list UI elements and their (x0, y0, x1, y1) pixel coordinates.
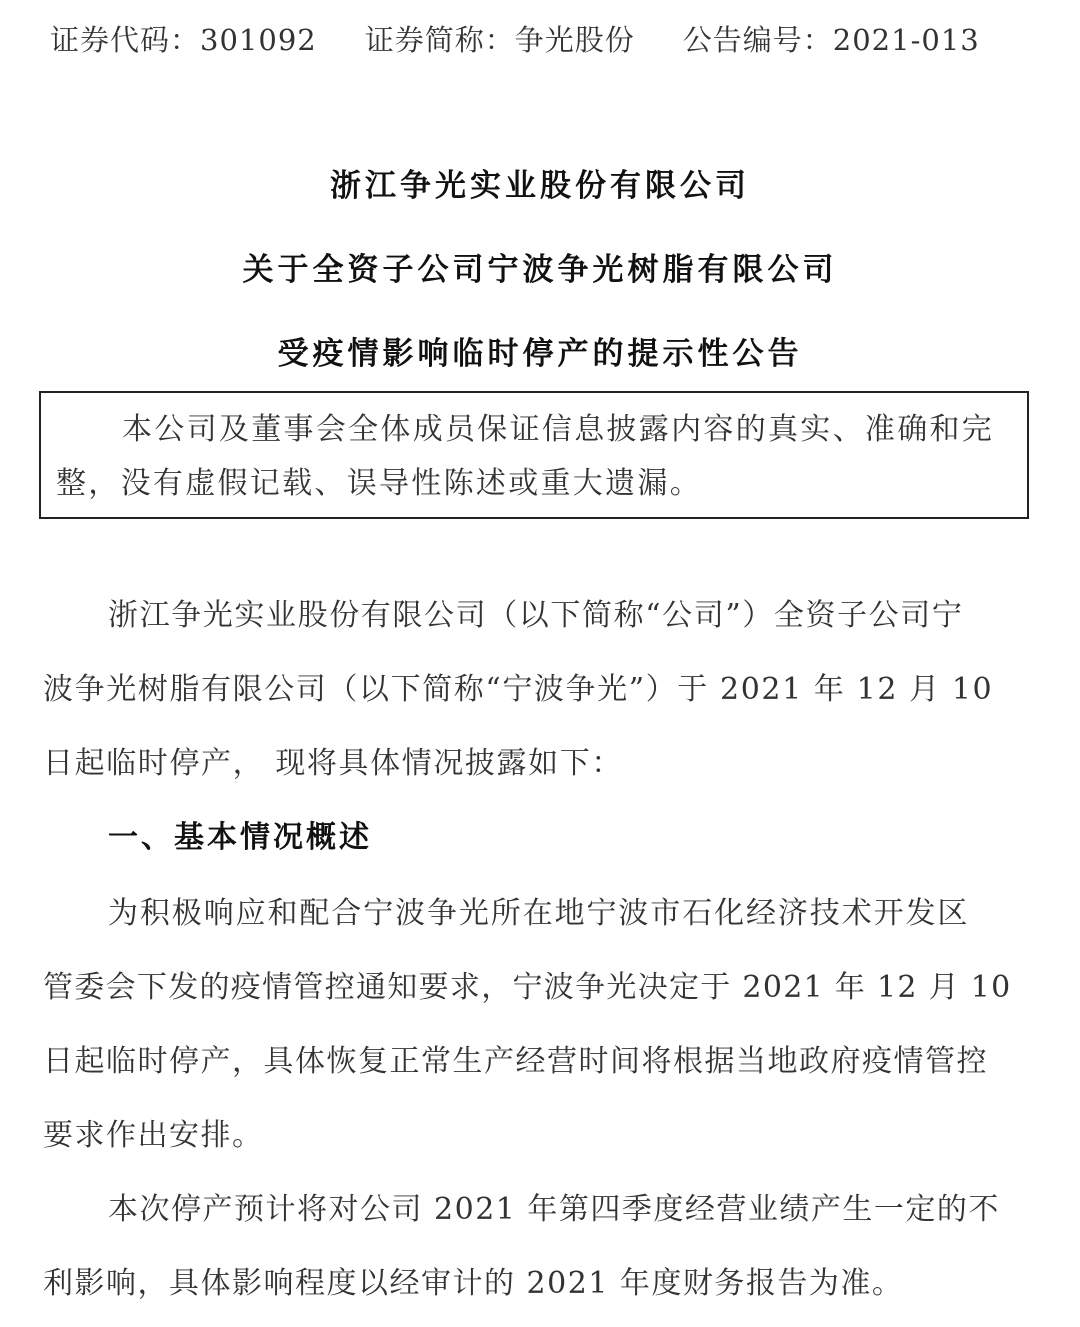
intro-paragraph-line: 波争光树脂有限公司（以下简称“宁波争光”）于 2021 年 12 月 10 (43, 664, 993, 708)
announcement-number-label: 公告编号： (683, 18, 833, 59)
title-subsidiary: 关于全资子公司宁波争光树脂有限公司 (0, 244, 1080, 289)
section-paragraph-line: 日起临时停产，具体恢复正常生产经营时间将根据当地政府疫情管控 (43, 1036, 988, 1080)
disclosure-guarantee-line: 本公司及董事会全体成员保证信息披露内容的真实、准确和完 (122, 404, 994, 448)
intro-paragraph-line: 日起临时停产， 现将具体情况披露如下： (43, 738, 623, 782)
security-name: 争光股份 (515, 18, 635, 59)
section-paragraph-line: 利影响，具体影响程度以经审计的 2021 年度财务报告为准。 (43, 1258, 903, 1302)
section-paragraph-line: 本次停产预计将对公司 2021 年第四季度经营业绩产生一定的不 (108, 1184, 1000, 1228)
title-company-name: 浙江争光实业股份有限公司 (0, 160, 1080, 205)
section-paragraph-line: 为积极响应和配合宁波争光所在地宁波市石化经济技术开发区 (108, 888, 969, 932)
intro-paragraph-line: 浙江争光实业股份有限公司（以下简称“公司”）全资子公司宁 (108, 590, 963, 634)
section-heading-basic-overview: 一、基本情况概述 (108, 812, 372, 856)
security-code: 301092 (200, 23, 317, 57)
disclosure-guarantee-line: 整，没有虚假记载、误导性陈述或重大遗漏。 (56, 458, 702, 502)
security-code-label: 证券代码： (50, 18, 200, 59)
security-name-label: 证券简称： (365, 18, 515, 59)
announcement-header: 证券代码：301092证券简称：争光股份公告编号：2021-013 (50, 18, 980, 59)
section-paragraph-line: 管委会下发的疫情管控通知要求，宁波争光决定于 2021 年 12 月 10 (43, 962, 1011, 1006)
section-paragraph-line: 要求作出安排。 (43, 1110, 264, 1154)
announcement-number: 2021-013 (833, 23, 980, 57)
title-subject: 受疫情影响临时停产的提示性公告 (0, 328, 1080, 373)
